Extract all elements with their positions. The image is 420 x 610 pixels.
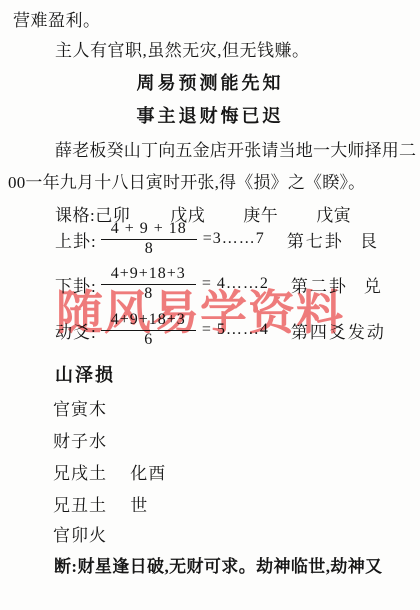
yao-name: 官卯火 bbox=[53, 526, 107, 545]
lower-trigram-formula: 下卦: 4+9+18+3 8 = 4……2 第二卦 兑 bbox=[55, 266, 381, 303]
upper-trigram-result: =3……7 bbox=[203, 230, 265, 248]
lower-trigram-result: = 4……2 bbox=[202, 275, 269, 293]
upper-trigram-note: 第七卦 bbox=[287, 227, 344, 252]
fraction-numerator: 4+9+18+3 bbox=[101, 312, 196, 331]
paragraph-tail: 营难盈利。 bbox=[13, 6, 101, 31]
upper-trigram-fraction: 4 + 9 + 18 8 bbox=[101, 221, 197, 258]
yao-change-note: 化酉 bbox=[130, 464, 166, 483]
upper-trigram-name: 艮 bbox=[360, 227, 377, 252]
lower-trigram-name: 兑 bbox=[364, 272, 381, 297]
yao-row-3: 兄丑土 世 bbox=[53, 491, 148, 516]
fraction-denominator: 6 bbox=[144, 331, 152, 349]
yao-name: 兄丑土 bbox=[53, 496, 107, 515]
case-paragraph-line1: 薛老板癸山丁向五金店开张请当地一大师择用二 bbox=[55, 136, 416, 161]
lower-trigram-label: 下卦: bbox=[55, 272, 97, 297]
yao-shi-marker: 世 bbox=[130, 496, 148, 515]
poem-heading-line2: 事主退财悔已迟 bbox=[0, 102, 420, 128]
yao-name: 兄戌土 bbox=[53, 464, 107, 483]
fraction-denominator: 8 bbox=[144, 285, 152, 303]
moving-line-formula: 动爻: 4+9+18+3 6 = 5……4 第四爻发动 bbox=[55, 312, 386, 349]
book-page: 营难盈利。 主人有官职,虽然无灾,但无钱赚。 周易预测能先知 事主退财悔已迟 薛… bbox=[0, 0, 420, 610]
moving-line-label: 动爻: bbox=[55, 318, 97, 343]
judgment-line: 断:财星逢日破,无财可求。劫神临世,劫神又 bbox=[54, 552, 383, 577]
poem-heading-line1: 周易预测能先知 bbox=[0, 69, 420, 95]
upper-trigram-formula: 上卦: 4 + 9 + 18 8 =3……7 第七卦 艮 bbox=[55, 221, 377, 258]
yao-name: 官寅木 bbox=[53, 400, 107, 419]
lower-trigram-fraction: 4+9+18+3 8 bbox=[101, 266, 196, 303]
yao-row-6: 官寅木 bbox=[53, 395, 107, 420]
fraction-numerator: 4+9+18+3 bbox=[101, 266, 196, 285]
moving-line-note: 第四爻发动 bbox=[291, 318, 386, 343]
upper-trigram-label: 上卦: bbox=[55, 227, 97, 252]
fraction-numerator: 4 + 9 + 18 bbox=[101, 221, 197, 240]
hexagram-title: 山泽损 bbox=[55, 361, 115, 387]
moving-line-fraction: 4+9+18+3 6 bbox=[101, 312, 196, 349]
yao-name: 财子水 bbox=[53, 432, 107, 451]
owner-line: 主人有官职,虽然无灾,但无钱赚。 bbox=[55, 36, 310, 61]
lower-trigram-note: 第二卦 bbox=[291, 272, 348, 297]
yao-row-4: 兄戌土 化酉 bbox=[53, 459, 166, 484]
yao-row-5: 财子水 bbox=[53, 427, 107, 452]
fraction-denominator: 8 bbox=[145, 240, 153, 258]
case-paragraph-line2: 00一年九月十八日寅时开张,得《损》之《睽》。 bbox=[8, 168, 365, 193]
moving-line-result: = 5……4 bbox=[202, 321, 269, 339]
yao-row-2: 官卯火 bbox=[53, 521, 107, 546]
